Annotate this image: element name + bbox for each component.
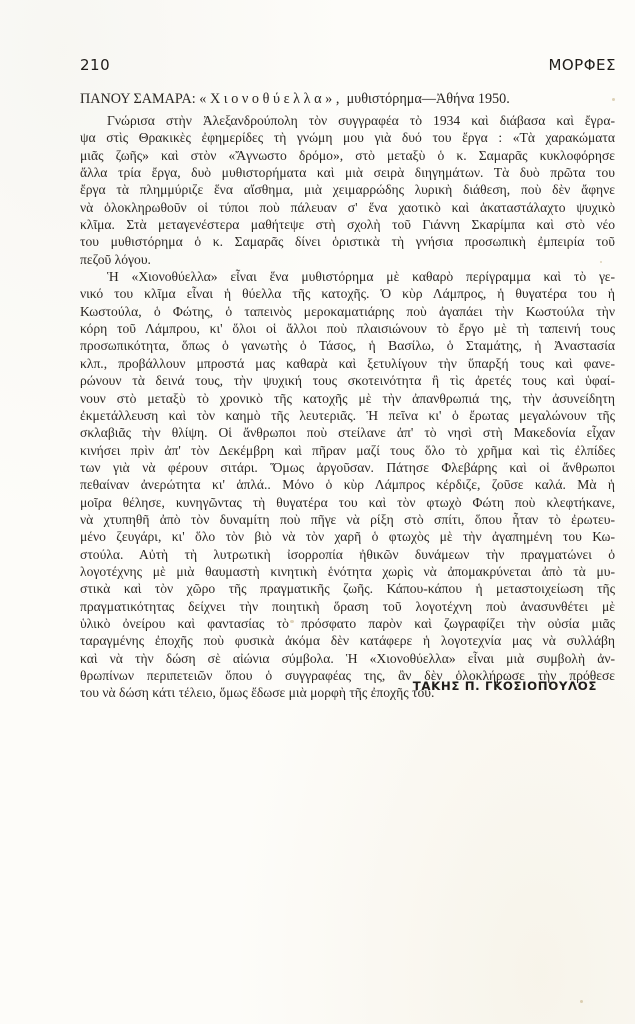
- reviewer-signature: ΤΑΚΗΣ Π. ΓΚΟΣΙΟΠΟΥΛΟΣ: [413, 679, 597, 693]
- paper-speck: [290, 620, 294, 623]
- text-line: των γιὰ νὰ φέρουν σιτάρι. Ὅμως ἀργοῦσαν.…: [80, 459, 615, 476]
- paragraph-1: Γνώρισα στὴν Ἀλεξανδρούπολη τὸν συγγραφέ…: [80, 112, 615, 268]
- text-line: προσωπικότητα, ὅπως ὁ γανωτὴς ὁ Τάσος, ἡ…: [80, 337, 615, 354]
- text-line: νουν στὸ μεταξὺ τὸ χρονικὸ τῆς κατοχῆς μ…: [80, 390, 615, 407]
- book-page: 210 ΜΟΡΦΕΣ ΠΑΝΟΥ ΣΑΜΑΡΑ: «Χιονοθύελλα», …: [0, 0, 635, 1024]
- text-line: ἄλλα τρία ἔργα, δυὸ μυθιστορήματα καὶ μι…: [80, 164, 615, 181]
- book-publication-info: μυθιστόρημα—Ἀθήνα 1950.: [347, 91, 510, 107]
- text-line: πεθαίναν ἀνερώτητα κι' ἁπλά.. Μόνο ὁ κὺρ…: [80, 476, 615, 493]
- text-line: κλπ., προβάλλουν μπροστά μας καθαρὰ καὶ …: [80, 355, 615, 372]
- book-title: «Χιονοθύελλα»,: [199, 91, 343, 107]
- text-line: στούλα. Αὐτὴ τὴ λυτρωτικὴ ἰσορροπία ἠθικ…: [80, 546, 615, 563]
- text-line: στικὰ καὶ τὸν χῶρο τῆς πραγματικῆς ζωῆς.…: [80, 580, 615, 597]
- paper-speck: [580, 1000, 583, 1003]
- review-body: Γνώρισα στὴν Ἀλεξανδρούπολη τὸν συγγραφέ…: [80, 112, 615, 702]
- text-line: κόρη τοῦ Λάμπρου, κι' ὅλοι οἱ ἄλλοι ποὺ …: [80, 320, 615, 337]
- page-number: 210: [80, 56, 110, 74]
- review-heading: ΠΑΝΟΥ ΣΑΜΑΡΑ: «Χιονοθύελλα», μυθιστόρημα…: [80, 91, 625, 108]
- running-head: 210 ΜΟΡΦΕΣ: [80, 56, 616, 76]
- paper-speck: [612, 98, 615, 101]
- paragraph-2: Ἡ «Χιονοθύελλα» εἶναι ἕνα μυθιστόρημα μὲ…: [80, 268, 615, 702]
- text-line: νικό του κλῖμα εἶναι ἡ θύελλα τῆς κατοχῆ…: [80, 285, 615, 302]
- text-line: του μυθιστόρημα ὁ κ. Σαμαρᾶς δίνει ὁριστ…: [80, 233, 615, 250]
- text-line: ἐκμετάλλευση καὶ τὸν καημὸ τῆς λευτεριᾶς…: [80, 407, 615, 424]
- text-line: Γνώρισα στὴν Ἀλεξανδρούπολη τὸν συγγραφέ…: [80, 112, 615, 129]
- text-line: λογοτέχνης μὲ μιὰ θαυμαστὴ κινητικὴ ἑνότ…: [80, 563, 615, 580]
- paper-speck: [600, 261, 602, 263]
- text-line: κινήσει πρὶν ἀπ' τὸν Δεκέμβρη καὶ πῆραν …: [80, 442, 615, 459]
- text-line: καὶ νὰ τὴν δώση σὲ αἰώνια σύμβολα. Ἡ «Χι…: [80, 650, 615, 667]
- text-line: νὰ χτυπηθῆ ἀπὸ τὸν δυναμίτη ποὺ πῆγε νὰ …: [80, 511, 615, 528]
- text-line: Ἡ «Χιονοθύελλα» εἶναι ἕνα μυθιστόρημα μὲ…: [80, 268, 615, 285]
- text-line: σκλαβιᾶς τὴν θλίψη. Οἱ ἄνθρωποι ποὺ στεί…: [80, 424, 615, 441]
- text-line: μοῖρα θέλησε, κυνηγῶντας τὴ θυγατέρα του…: [80, 494, 615, 511]
- text-line: ὑλικὸ ὀνείρου καὶ φαντασίας τὸ πρόσφατο …: [80, 615, 615, 632]
- text-line: πεζοῦ λόγου.: [80, 251, 615, 268]
- text-line: πραγματικότητας δείχνει τὴν ποιητικὴ ὅρα…: [80, 598, 615, 615]
- book-author: ΠΑΝΟΥ ΣΑΜΑΡΑ:: [80, 91, 196, 107]
- text-line: κλῖμα. Στὰ μεταγενέστερα μαθήτεψε στὴ σχ…: [80, 216, 615, 233]
- text-line: ἔργα τὰ πλημμύριζε ἕνα αἴσθημα, μιὰ χειμ…: [80, 181, 615, 198]
- text-line: Κωστούλα, ὁ Φώτης, ὁ ταπεινὸς μεροκαματι…: [80, 303, 615, 320]
- text-line: νὰ ὁλοκληρωθοῦν οἱ τύποι ποὺ πάλευαν σ' …: [80, 199, 615, 216]
- text-line: ρώνουν τὰ δεινά τους, τὴν ψυχική τους σκ…: [80, 372, 615, 389]
- journal-name: ΜΟΡΦΕΣ: [548, 56, 616, 74]
- text-line: ταραγμένης ἐποχῆς ποὺ φυσικὰ ἀκόμα δὲν κ…: [80, 632, 615, 649]
- text-line: μιᾶς ζωῆς» καὶ στὸν «Ἄγνωστο δρόμο», στὸ…: [80, 147, 615, 164]
- text-line: μένο ζευγάρι, κι' ὅλο τὸν βιὸ νὰ τὸν χαρ…: [80, 528, 615, 545]
- text-line: ψα στὶς Θρακικὲς ἐφημερίδες τὴ γνώμη μου…: [80, 129, 615, 146]
